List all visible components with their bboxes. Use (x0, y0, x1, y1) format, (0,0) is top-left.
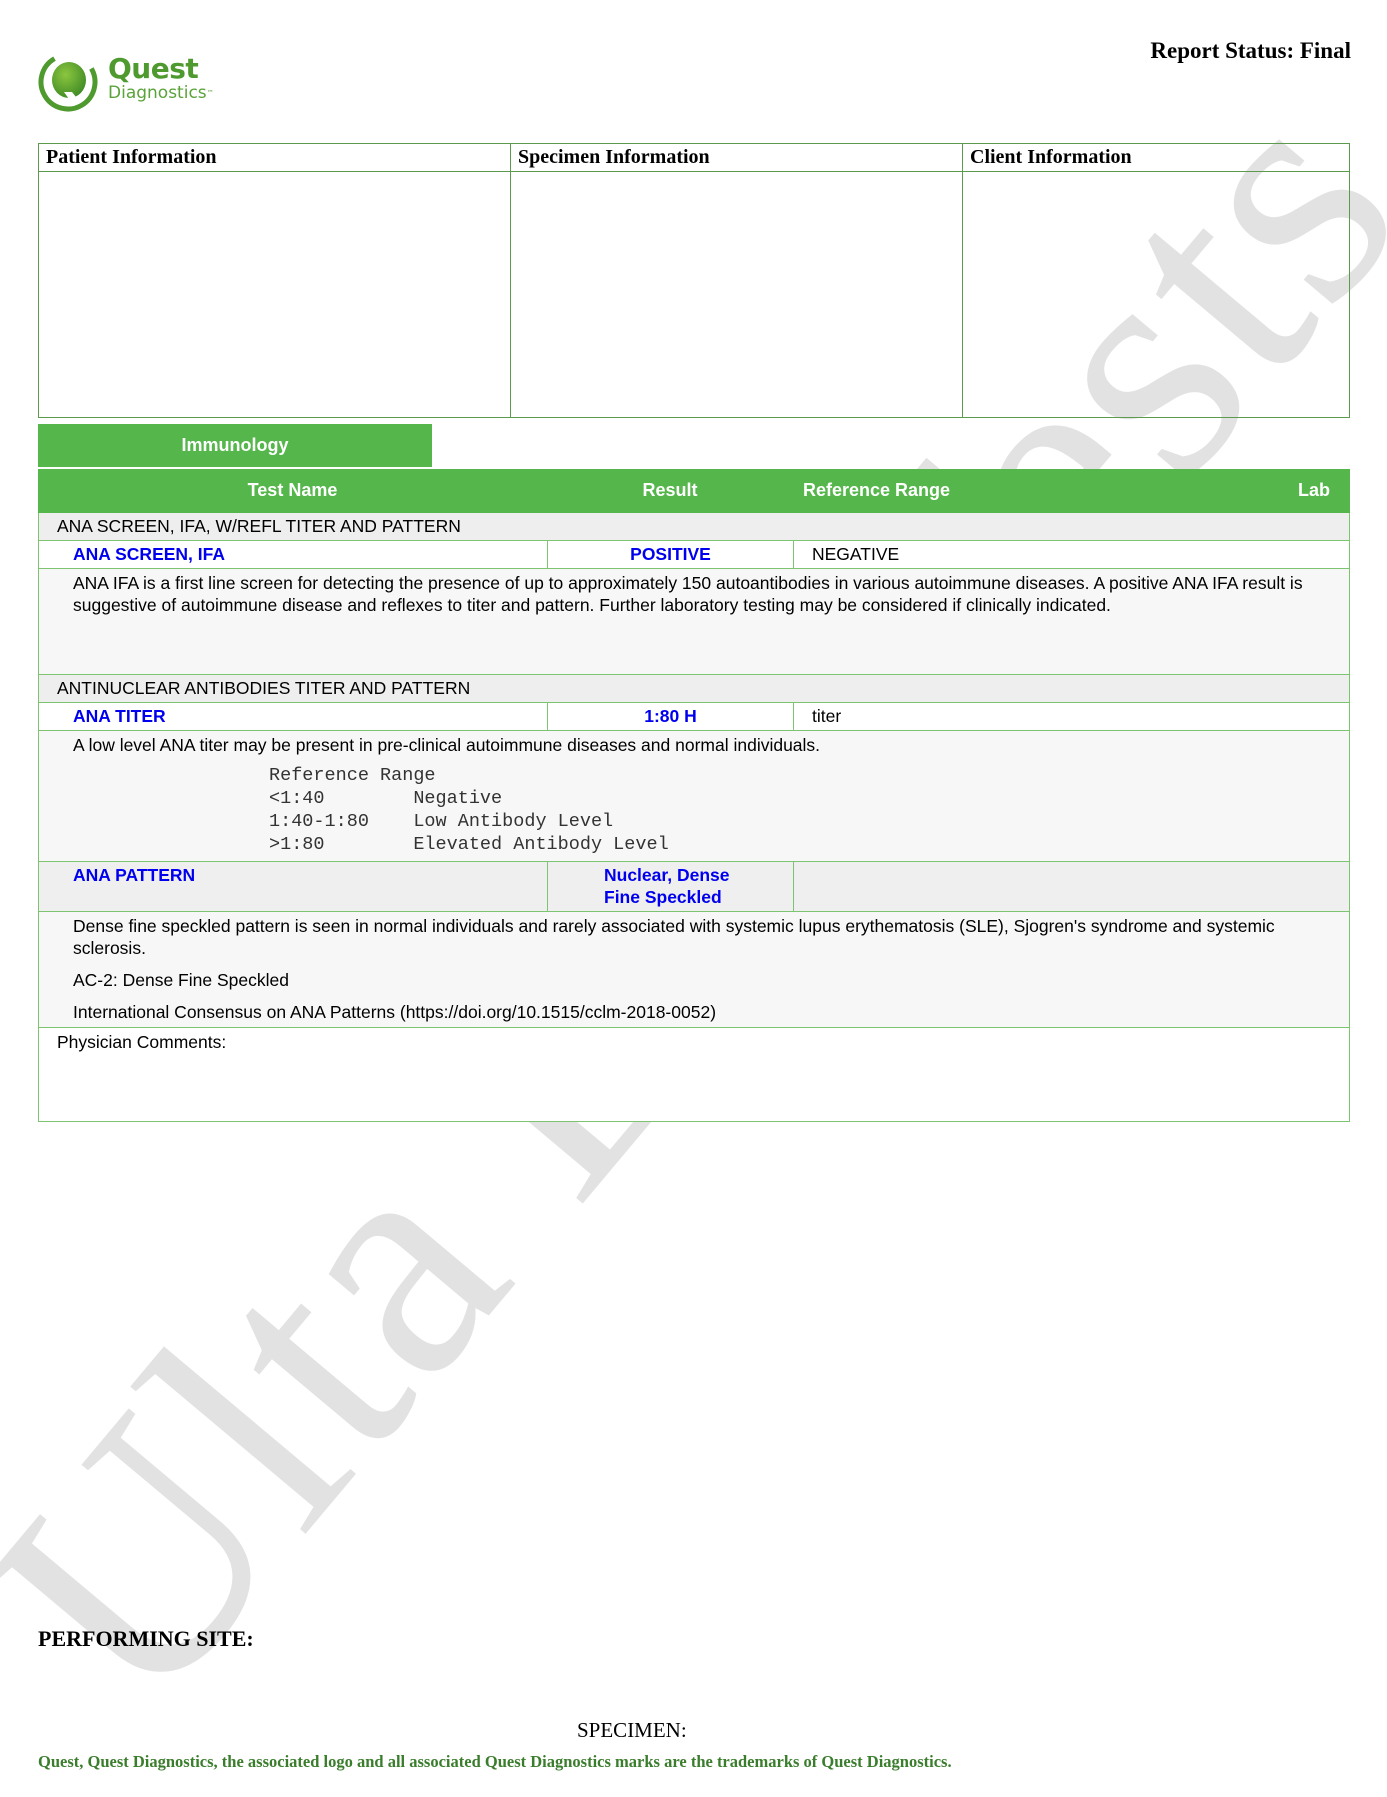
report-status: Report Status: Final (1150, 38, 1351, 64)
test-row-ana-screen: ANA SCREEN, IFA POSITIVE NEGATIVE (38, 541, 1350, 569)
column-lab: Lab (1298, 480, 1330, 501)
physician-comments-label: Physician Comments: (57, 1032, 226, 1052)
client-information-body (963, 172, 1349, 417)
patient-information-body (39, 172, 510, 417)
results-header: Test Name Result Reference Range Lab (38, 469, 1350, 513)
group-row: ANTINUCLEAR ANTIBODIES TITER AND PATTERN (38, 675, 1350, 703)
test-row-ana-titer: ANA TITER 1:80 H titer (38, 703, 1350, 731)
client-information: Client Information (963, 144, 1349, 417)
performing-site-label: PERFORMING SITE: (38, 1626, 254, 1652)
test-result: 1:80 H (548, 703, 794, 730)
specimen-information: Specimen Information (511, 144, 963, 417)
quest-logo: Quest Diagnostics™ (38, 50, 238, 116)
test-comment: ANA IFA is a first line screen for detec… (38, 569, 1350, 675)
test-result: Nuclear, Dense Fine Speckled (548, 862, 794, 911)
test-reference-range (794, 862, 1349, 911)
test-reference-range: titer (794, 703, 1349, 730)
patient-information-title: Patient Information (39, 144, 510, 172)
client-information-title: Client Information (963, 144, 1349, 172)
test-name: ANA PATTERN (39, 862, 548, 911)
test-result: POSITIVE (548, 541, 794, 568)
physician-comments: Physician Comments: (38, 1028, 1350, 1122)
patient-information: Patient Information (39, 144, 511, 417)
info-table: Patient Information Specimen Information… (38, 143, 1350, 418)
test-name: ANA TITER (39, 703, 548, 730)
column-result: Result (547, 480, 793, 501)
logo-quest-text: Quest (108, 54, 214, 84)
test-comment: A low level ANA titer may be present in … (38, 731, 1350, 862)
reference-range-table: Reference Range <1:40 Negative 1:40-1:80… (269, 764, 1315, 856)
column-test-name: Test Name (38, 480, 547, 501)
test-reference-range: NEGATIVE (794, 541, 1349, 568)
results-table: Test Name Result Reference Range Lab ANA… (38, 469, 1350, 1122)
quest-logo-icon (38, 52, 98, 112)
specimen-information-body (511, 172, 962, 417)
test-name: ANA SCREEN, IFA (39, 541, 548, 568)
trademark-notice: Quest, Quest Diagnostics, the associated… (38, 1752, 952, 1772)
specimen-footer-label: SPECIMEN: (577, 1718, 687, 1743)
test-comment: Dense fine speckled pattern is seen in n… (38, 912, 1350, 1028)
section-tab-immunology: Immunology (38, 424, 432, 467)
column-reference-range: Reference Range (803, 480, 950, 501)
test-row-ana-pattern: ANA PATTERN Nuclear, Dense Fine Speckled (38, 862, 1350, 912)
logo-diagnostics-text: Diagnostics (108, 83, 207, 103)
group-row: ANA SCREEN, IFA, W/REFL TITER AND PATTER… (38, 513, 1350, 541)
specimen-information-title: Specimen Information (511, 144, 962, 172)
